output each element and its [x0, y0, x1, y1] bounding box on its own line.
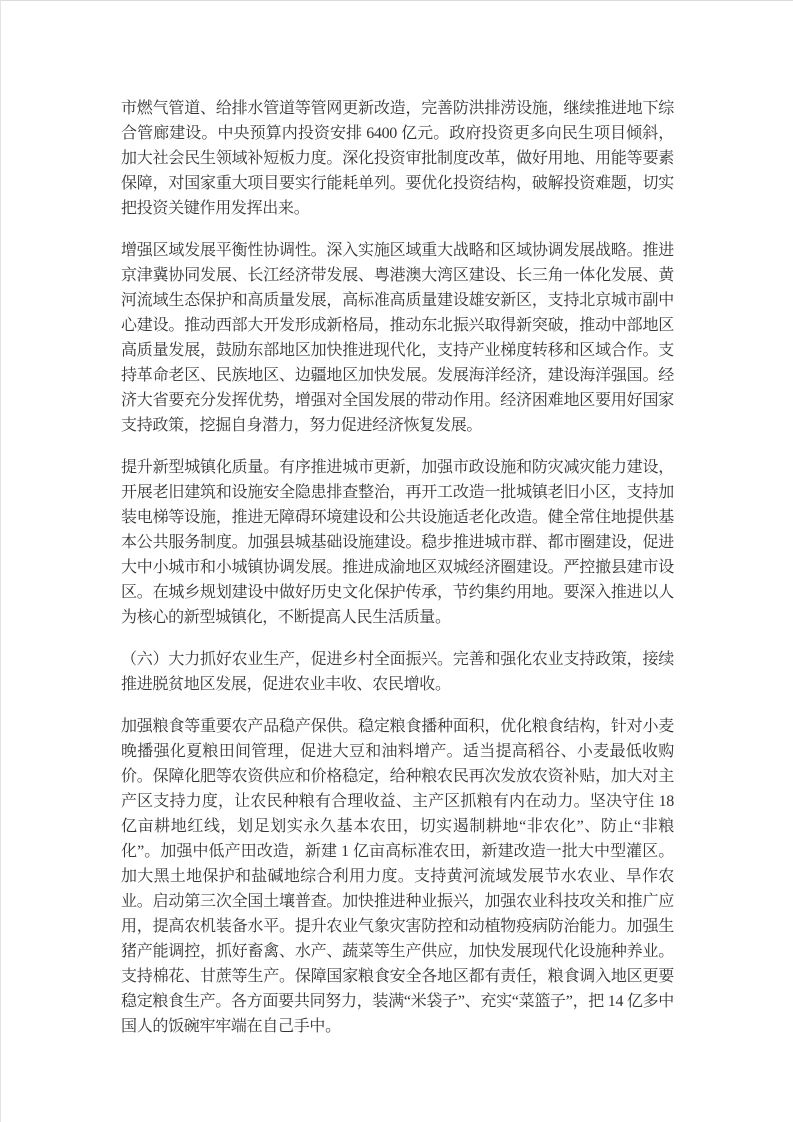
body-paragraph: 市燃气管道、给排水管道等管网更新改造，完善防洪排涝设施，继续推进地下综合管廊建设… — [121, 96, 674, 221]
body-paragraph: 提升新型城镇化质量。有序推进城市更新，加强市政设施和防灾减灾能力建设，开展老旧建… — [121, 455, 674, 630]
document-page: 市燃气管道、给排水管道等管网更新改造，完善防洪排涝设施，继续推进地下综合管廊建设… — [0, 0, 793, 1122]
body-paragraph: 加强粮食等重要农产品稳产保供。稳定粮食播种面积，优化粮食结构，针对小麦晚播强化夏… — [121, 714, 674, 1039]
body-paragraph: 增强区域发展平衡性协调性。深入实施区域重大战略和区域协调发展战略。推进京津冀协同… — [121, 238, 674, 438]
body-paragraph-section-heading: （六）大力抓好农业生产，促进乡村全面振兴。完善和强化农业支持政策，接续推进脱贫地… — [121, 647, 674, 697]
